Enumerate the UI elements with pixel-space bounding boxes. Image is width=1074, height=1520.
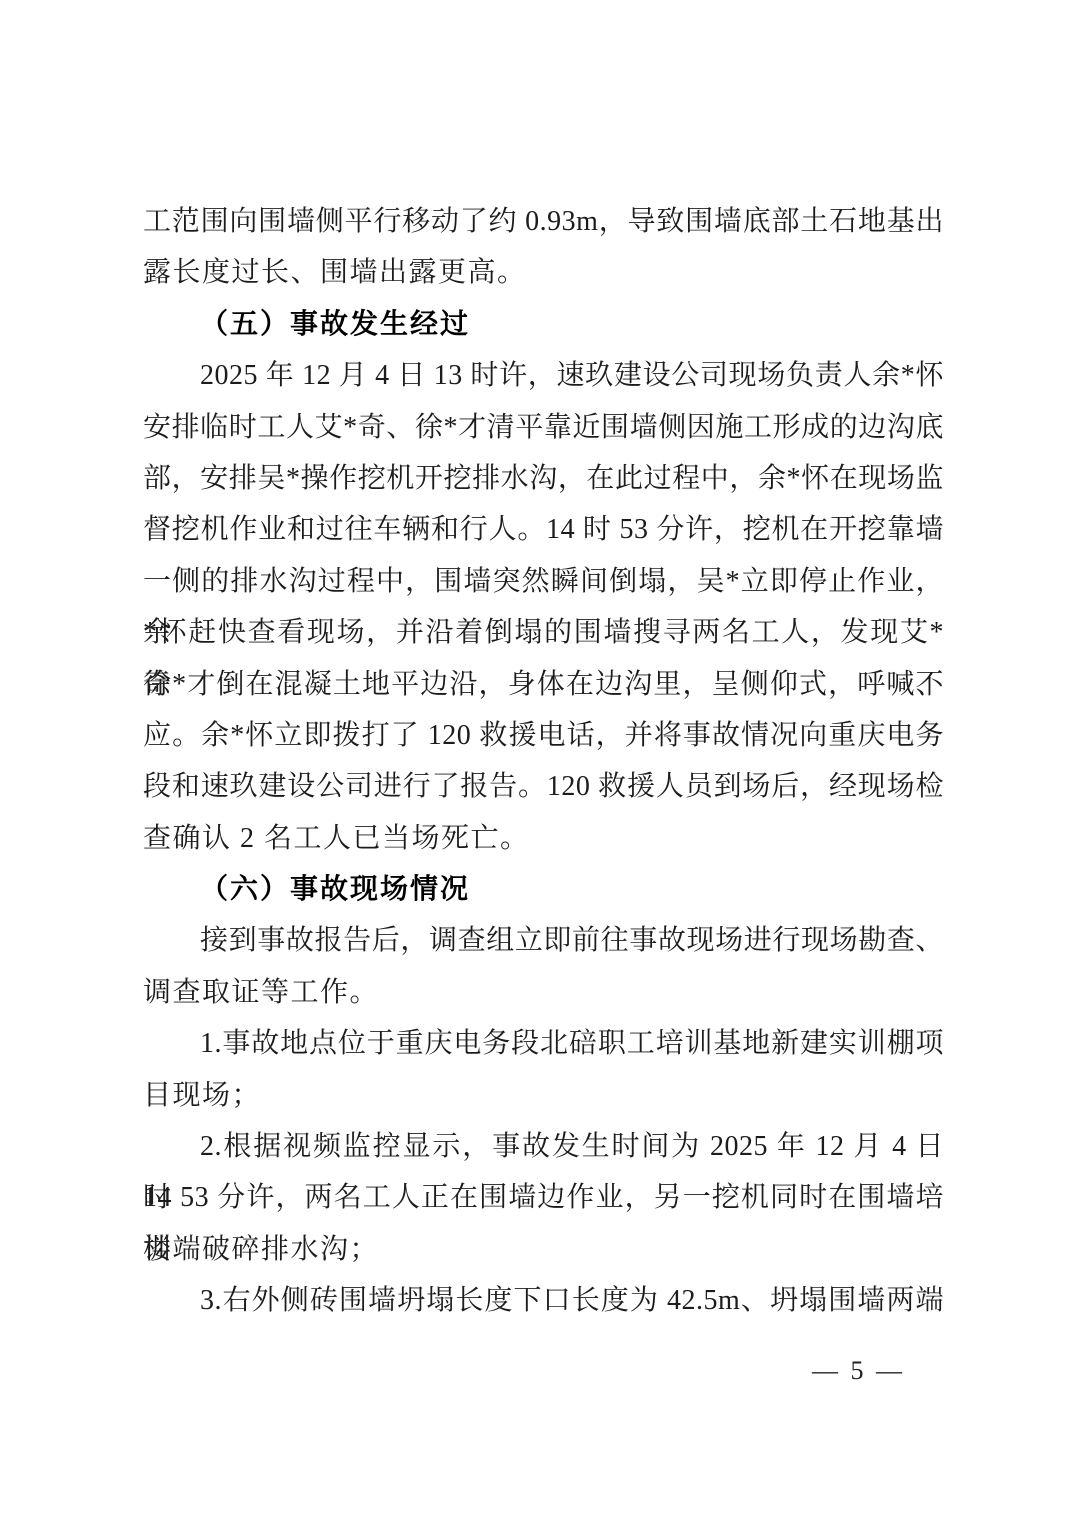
text-line: 2.根据视频监控显示，事故发生时间为 2025 年 12 月 4 日 14: [143, 1121, 944, 1172]
text-line: 段和速玖建设公司进行了报告。120 救援人员到场后，经现场检: [143, 761, 944, 812]
paragraph: 接到事故报告后，调查组立即前往事故现场进行现场勘查、调查取证等工作。: [143, 915, 944, 1018]
text-line: 接到事故报告后，调查组立即前往事故现场进行现场勘查、: [143, 915, 944, 966]
text-line: 3.右外侧砖围墙坍塌长度下口长度为 42.5m、坍塌围墙两端: [143, 1275, 944, 1326]
page-number: — 5 —: [812, 1354, 905, 1388]
text-line: （六）事故现场情况: [143, 864, 944, 915]
text-line: 1.事故地点位于重庆电务段北碚职工培训基地新建实训棚项: [143, 1018, 944, 1069]
paragraph: 2.根据视频监控显示，事故发生时间为 2025 年 12 月 4 日 14时 5…: [143, 1121, 944, 1275]
text-line: 查确认 2 名工人已当场死亡。: [143, 813, 944, 864]
text-line: 工范围向围墙侧平行移动了约 0.93m，导致围墙底部土石地基出: [143, 196, 944, 247]
text-line: 2025 年 12 月 4 日 13 时许，速玖建设公司现场负责人余*怀: [143, 350, 944, 401]
paragraph: 2025 年 12 月 4 日 13 时许，速玖建设公司现场负责人余*怀安排临时…: [143, 350, 944, 864]
document-body: 工范围向围墙侧平行移动了约 0.93m，导致围墙底部土石地基出露长度过长、围墙出…: [143, 196, 944, 1327]
text-line: 时 53 分许，两名工人正在围墙边作业，另一挖机同时在围墙培训: [143, 1172, 944, 1223]
document-page: 工范围向围墙侧平行移动了约 0.93m，导致围墙底部土石地基出露长度过长、围墙出…: [0, 0, 1074, 1520]
section-heading: （五）事故发生经过: [143, 299, 944, 350]
paragraph: 3.右外侧砖围墙坍塌长度下口长度为 42.5m、坍塌围墙两端: [143, 1275, 944, 1326]
text-line: 调查取证等工作。: [143, 967, 944, 1018]
text-line: 一侧的排水沟过程中，围墙突然瞬间倒塌，吴*立即停止作业，余: [143, 556, 944, 607]
text-line: （五）事故发生经过: [143, 299, 944, 350]
text-line: 楼端破碎排水沟；: [143, 1224, 944, 1275]
paragraph: 1.事故地点位于重庆电务段北碚职工培训基地新建实训棚项目现场；: [143, 1018, 944, 1121]
text-line: 徐*才倒在混凝土地平边沿，身体在边沟里，呈侧仰式，呼喊不: [143, 659, 944, 710]
text-line: 督挖机作业和过往车辆和行人。14 时 53 分许，挖机在开挖靠墙: [143, 504, 944, 555]
text-line: 露长度过长、围墙出露更高。: [143, 247, 944, 298]
text-line: *怀赶快查看现场，并沿着倒塌的围墙搜寻两名工人，发现艾*奇、: [143, 607, 944, 658]
section-heading: （六）事故现场情况: [143, 864, 944, 915]
text-line: 安排临时工人艾*奇、徐*才清平靠近围墙侧因施工形成的边沟底: [143, 402, 944, 453]
paragraph: 工范围向围墙侧平行移动了约 0.93m，导致围墙底部土石地基出露长度过长、围墙出…: [143, 196, 944, 299]
text-line: 目现场；: [143, 1070, 944, 1121]
text-line: 部，安排吴*操作挖机开挖排水沟，在此过程中，余*怀在现场监: [143, 453, 944, 504]
text-line: 应。余*怀立即拨打了 120 救援电话，并将事故情况向重庆电务: [143, 710, 944, 761]
